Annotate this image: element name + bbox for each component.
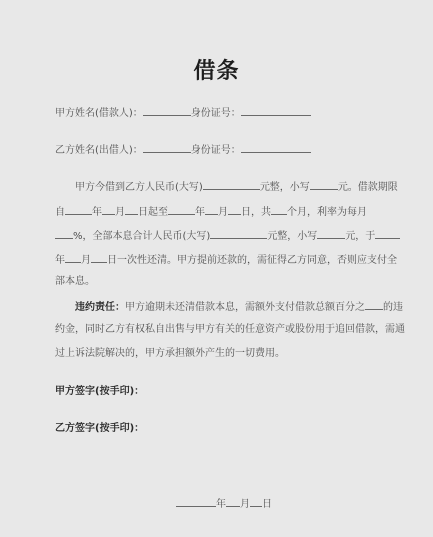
date-day-label: 日 — [262, 499, 272, 510]
para-text: 元。借款期限 — [338, 182, 398, 193]
para-text: 日一次性还清。甲方提前还款的，需征得乙方同意，否则应支付全 — [107, 255, 397, 266]
party-a-name-label: 甲方姓名(借款人)： — [55, 108, 143, 119]
party-b-info-line: 乙方姓名(出借人)：身份证号： — [55, 141, 311, 158]
para-text: 甲方逾期未还清借款本息，需额外支付借款总额百分之 — [125, 302, 365, 313]
repay-day-blank[interactable] — [91, 251, 107, 263]
para-text: %，全部本息合计人民币(大写) — [73, 231, 210, 242]
para-text: 年 — [55, 255, 65, 266]
party-b-name-blank[interactable] — [143, 141, 191, 153]
para-text: 部本息。 — [55, 276, 95, 287]
date-year-label: 年 — [216, 499, 226, 510]
party-a-id-label: 身份证号： — [191, 108, 241, 119]
signature-a-label: 甲方签字(按手印)： — [55, 385, 144, 399]
loan-note-document: 借条 甲方姓名(借款人)：身份证号： 乙方姓名(出借人)：身份证号： 甲方今借到… — [0, 0, 433, 537]
party-a-name-blank[interactable] — [143, 104, 191, 116]
para1-line5: 部本息。 — [55, 275, 95, 289]
para-text: 元，于 — [345, 231, 375, 242]
party-a-info-line: 甲方姓名(借款人)：身份证号： — [55, 104, 311, 121]
para-text: 年 — [195, 207, 205, 218]
date-month-blank[interactable] — [226, 495, 240, 507]
repay-month-blank[interactable] — [65, 251, 81, 263]
para-text: 甲方今借到乙方人民币(大写) — [75, 182, 203, 193]
repay-year-blank[interactable] — [375, 227, 400, 239]
para-text: 年 — [92, 207, 102, 218]
para1-line4: 年月日一次性还清。甲方提前还款的，需征得乙方同意，否则应支付全 — [55, 251, 397, 268]
end-day-blank[interactable] — [228, 203, 241, 215]
penalty-percent-blank[interactable] — [365, 298, 383, 310]
date-year-blank[interactable] — [176, 495, 216, 507]
party-a-id-blank[interactable] — [241, 104, 311, 116]
para-text: 个月，利率为每月 — [287, 207, 367, 218]
para-text: 日，共 — [241, 207, 271, 218]
start-year-blank[interactable] — [65, 203, 92, 215]
clause-line1: 违约责任：甲方逾期未还清借款本息，需额外支付借款总额百分之的违 — [75, 298, 403, 315]
date-line: 年月日 — [176, 495, 272, 512]
para-text: 月 — [81, 255, 91, 266]
clause-heading: 违约责任： — [75, 302, 125, 313]
end-month-blank[interactable] — [205, 203, 218, 215]
para1-line1: 甲方今借到乙方人民币(大写)元整，小写元。借款期限 — [75, 178, 398, 195]
document-title: 借条 — [0, 54, 433, 85]
para-text: 过上诉法院解决的，甲方承担额外产生的一切费用。 — [55, 348, 285, 359]
months-count-blank[interactable] — [271, 203, 287, 215]
total-figures-blank[interactable] — [317, 227, 345, 239]
clause-line3: 过上诉法院解决的，甲方承担额外产生的一切费用。 — [55, 347, 285, 361]
start-month-blank[interactable] — [102, 203, 115, 215]
party-b-name-label: 乙方姓名(出借人)： — [55, 145, 143, 156]
para-text: 元整，小写 — [260, 182, 310, 193]
para1-line3: %，全部本息合计人民币(大写)元整，小写元，于 — [55, 227, 400, 244]
end-year-blank[interactable] — [168, 203, 195, 215]
party-b-id-blank[interactable] — [241, 141, 311, 153]
para1-line2: 自年月日起至年月日，共个月，利率为每月 — [55, 203, 367, 220]
total-words-blank[interactable] — [210, 227, 267, 239]
amount-figures-blank[interactable] — [310, 178, 338, 190]
interest-rate-blank[interactable] — [55, 227, 73, 239]
para-text: 的违 — [383, 302, 403, 313]
date-month-label: 月 — [240, 499, 250, 510]
clause-line2: 约金，同时乙方有权私自出售与甲方有关的任意资产或股份用于追回借款，需通 — [55, 323, 405, 337]
signature-b-label: 乙方签字(按手印)： — [55, 422, 144, 436]
para-text: 日起至 — [138, 207, 168, 218]
amount-words-blank[interactable] — [203, 178, 260, 190]
para-text: 月 — [115, 207, 125, 218]
para-text: 月 — [218, 207, 228, 218]
party-b-id-label: 身份证号： — [191, 145, 241, 156]
start-day-blank[interactable] — [125, 203, 138, 215]
para-text: 约金，同时乙方有权私自出售与甲方有关的任意资产或股份用于追回借款，需通 — [55, 324, 405, 335]
para-text: 元整，小写 — [267, 231, 317, 242]
para-text: 自 — [55, 207, 65, 218]
date-day-blank[interactable] — [250, 495, 262, 507]
